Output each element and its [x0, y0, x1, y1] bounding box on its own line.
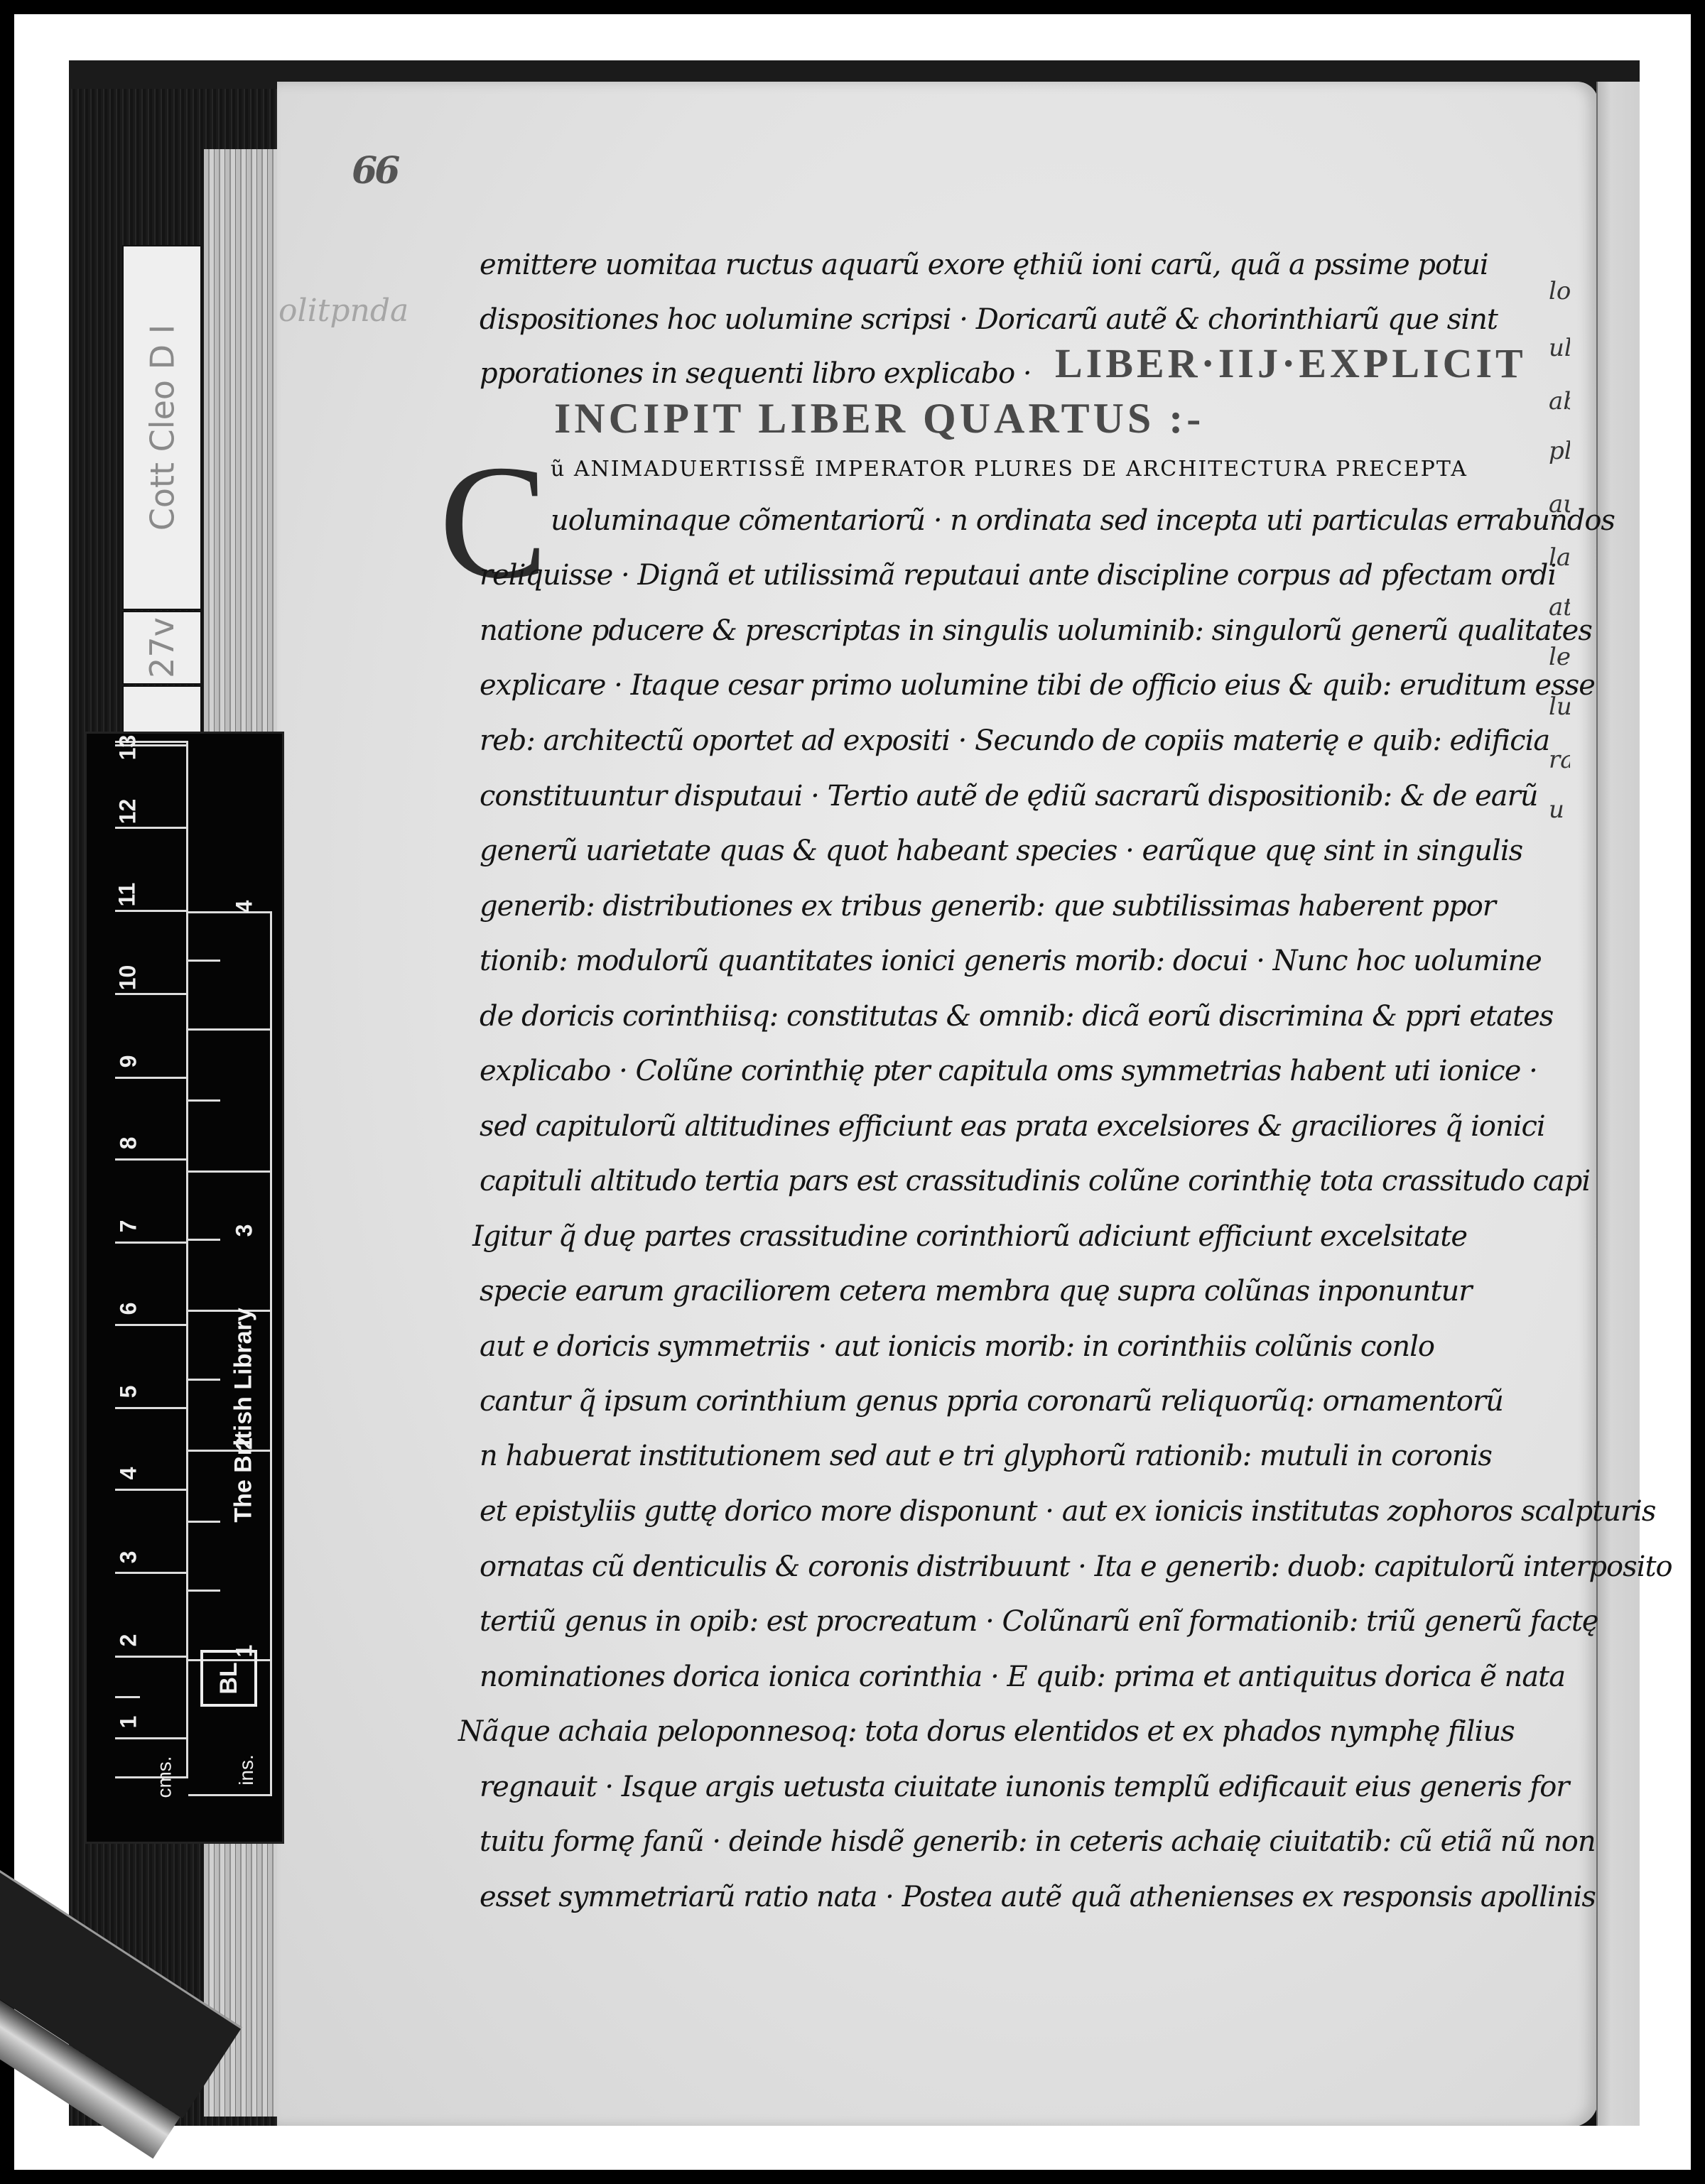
folio-number: 66 — [352, 149, 397, 192]
shelfmark-text: Cott Cleo D I — [143, 325, 181, 531]
cm-scale: 1 2 3 4 5 6 7 8 9 10 11 12 13 cms. — [115, 741, 188, 1778]
facing-fragment: pla — [1549, 437, 1570, 465]
cm-mark: 13 — [114, 735, 141, 761]
facing-fragment: uli — [1549, 334, 1570, 362]
cm-mark: 9 — [115, 1055, 141, 1068]
text-line: Nãque achaia peloponnesoq: tota dorus el… — [458, 1715, 1515, 1765]
text-line: sed capitulorũ altitudines efficiunt eas… — [480, 1110, 1545, 1160]
text-line: dispositiones hoc uolumine scripsi · Dor… — [480, 303, 1498, 353]
publisher-name: The British Library — [230, 1308, 258, 1522]
text-line: capituli altitudo tertia pars est crassi… — [480, 1165, 1590, 1215]
cm-mark: 5 — [115, 1386, 141, 1398]
cm-mark: 6 — [115, 1303, 141, 1315]
facing-fragment: ab — [1549, 387, 1570, 415]
cm-mark: 3 — [115, 1551, 141, 1564]
cm-mark: 4 — [115, 1467, 141, 1480]
cm-mark: 7 — [115, 1220, 141, 1233]
scale-ruler: 1 2 3 4 5 6 7 8 9 10 11 12 13 cms. 1 2 3… — [85, 732, 284, 1844]
folio-label-text: 27v — [143, 617, 181, 678]
text-line: generũ uarietate quas & quot habeant spe… — [480, 835, 1522, 884]
cm-mark: 12 — [114, 799, 141, 825]
text-line: reliquisse · Dignã et utilissimã reputau… — [480, 559, 1556, 609]
text-line: constituuntur disputaui · Tertio autẽ de… — [480, 780, 1538, 830]
text-line: reb: architectũ oportet ad expositi · Se… — [480, 724, 1549, 774]
cm-label: cms. — [153, 1756, 176, 1798]
inch-label: ins. — [235, 1754, 258, 1786]
text-line: nominationes dorica ionica corinthia · E… — [480, 1661, 1565, 1710]
inch-mark: 4 — [231, 901, 257, 913]
text-line: et epistyliis guttę dorico more disponun… — [480, 1495, 1655, 1545]
cm-mark: 11 — [114, 883, 140, 907]
cm-mark: 1 — [115, 1716, 141, 1729]
text-line: tuitu formę fanũ · deinde hisdẽ generib:… — [480, 1825, 1596, 1875]
cm-mark: 2 — [115, 1634, 141, 1647]
text-line: ornatas cũ denticulis & coronis distribu… — [480, 1550, 1672, 1600]
facing-fragment: u — [1549, 795, 1570, 824]
inch-mark: 3 — [231, 1224, 257, 1237]
text-line: specie earum graciliorem cetera membra q… — [480, 1275, 1471, 1325]
folio-label: 27v — [122, 611, 202, 685]
text-line: tionib: modulorũ quantitates ionici gene… — [480, 945, 1542, 994]
text-line: regnauit · Isque argis uetusta ciuitate … — [480, 1771, 1569, 1820]
facing-page — [1596, 82, 1640, 2126]
text-line: explicare · Itaque cesar primo uolumine … — [480, 669, 1595, 719]
text-line: de doricis corinthiisq: constitutas & om… — [480, 1000, 1553, 1050]
margin-note: olitpnda — [278, 293, 408, 329]
text-line: explicabo · Colũne corinthię pter capitu… — [480, 1055, 1537, 1104]
text-line: tertiũ genus in opib: est procreatum · C… — [480, 1605, 1598, 1655]
facing-fragment: lo — [1549, 277, 1570, 305]
cm-mark: 10 — [114, 965, 141, 991]
text-line: generib: distributiones ex tribus generi… — [480, 890, 1495, 940]
text-line: aut e doricis symmetriis · aut ionicis m… — [480, 1330, 1434, 1380]
text-line: ũ ANIMADUERTISSẼ IMPERATOR PLURES DE ARC… — [551, 457, 1468, 506]
text-line: esset symmetriarũ ratio nata · Postea au… — [480, 1881, 1596, 1930]
text-line: cantur q̃ ipsum corinthium genus ppria c… — [480, 1385, 1503, 1435]
facing-fragment: ra — [1549, 746, 1570, 774]
shelfmark-label: Cott Cleo D I — [122, 245, 202, 610]
text-line: natione pducere & prescriptas in singuli… — [480, 614, 1592, 664]
text-line: Igitur q̃ duę partes crassitudine corint… — [472, 1220, 1467, 1270]
text-line: n habuerat institutionem sed aut e tri g… — [480, 1440, 1492, 1489]
text-line: pporationes in sequenti libro explicabo … — [480, 357, 1032, 407]
cm-mark: 8 — [115, 1137, 141, 1150]
british-library-logo-icon: BL — [200, 1650, 257, 1707]
text-line: uoluminaque cõmentariorũ · n ordinata se… — [551, 504, 1615, 554]
text-line: emittere uomitaa ructus aquarũ exore ęth… — [480, 249, 1488, 298]
